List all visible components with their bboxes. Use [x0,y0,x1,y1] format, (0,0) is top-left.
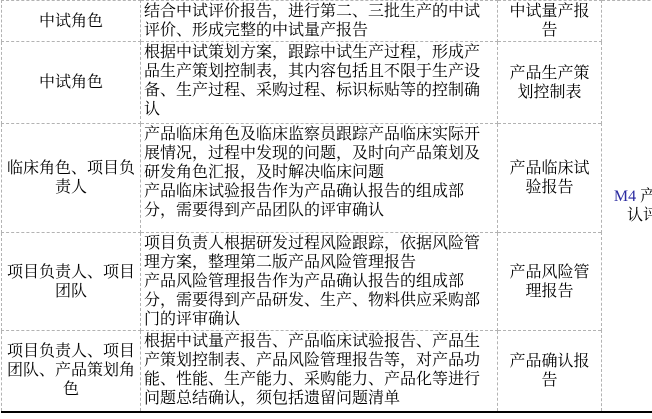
output-cell: 产品临床试验报告 [498,124,602,233]
role-cell: 临床角色、项目负责人 [2,124,141,233]
description-cell: 根据中试量产报告、产品临床试验报告、产品生产策划控制表、产品风险管理报告等，对产… [141,331,498,412]
table-row: 中试角色 结合中试评价报告，进行第二、三批生产的中试评价、形成完整的中试量产报告… [2,1,652,42]
milestone-code: M4 [614,188,640,205]
role-cell: 项目负责人、项目团队、产品策划角色 [2,331,141,412]
role-cell: 中试角色 [2,42,141,124]
output-cell: 产品确认报告 [498,331,602,412]
table-row: 中试角色 根据中试策划方案，跟踪中试生产过程，形成产品生产策划控制表，其内容包括… [2,42,652,124]
description-cell: 根据中试策划方案，跟踪中试生产过程，形成产品生产策划控制表，其内容包括且不限于生… [141,42,498,124]
description-cell: 结合中试评价报告，进行第二、三批生产的中试评价、形成完整的中试量产报告 [141,1,498,42]
output-cell: 产品风险管理报告 [498,233,602,331]
table-row: 项目负责人、项目团队 项目负责人根据研发过程风险跟踪，依据风险管理方案，整理第二… [2,233,652,331]
description-cell: 产品临床角色及临床监察员跟踪产品临床实际开展情况，过程中发现的问题，及时向产品策… [141,124,498,233]
role-cell: 项目负责人、项目团队 [2,233,141,331]
review-milestone-cell: M4 产品确认评审 [602,1,652,412]
role-cell: 中试角色 [2,1,141,42]
confirmation-review-table: 中试角色 结合中试评价报告，进行第二、三批生产的中试评价、形成完整的中试量产报告… [1,0,652,413]
table-row: 项目负责人、项目团队、产品策划角色 根据中试量产报告、产品临床试验报告、产品生产… [2,331,652,412]
description-cell: 项目负责人根据研发过程风险跟踪，依据风险管理方案，整理第二版产品风险管理报告 产… [141,233,498,331]
output-cell: 产品生产策划控制表 [498,42,602,124]
table-row: 临床角色、项目负责人 产品临床角色及临床监察员跟踪产品临床实际开展情况，过程中发… [2,124,652,233]
output-cell: 中试量产报告 [498,1,602,42]
